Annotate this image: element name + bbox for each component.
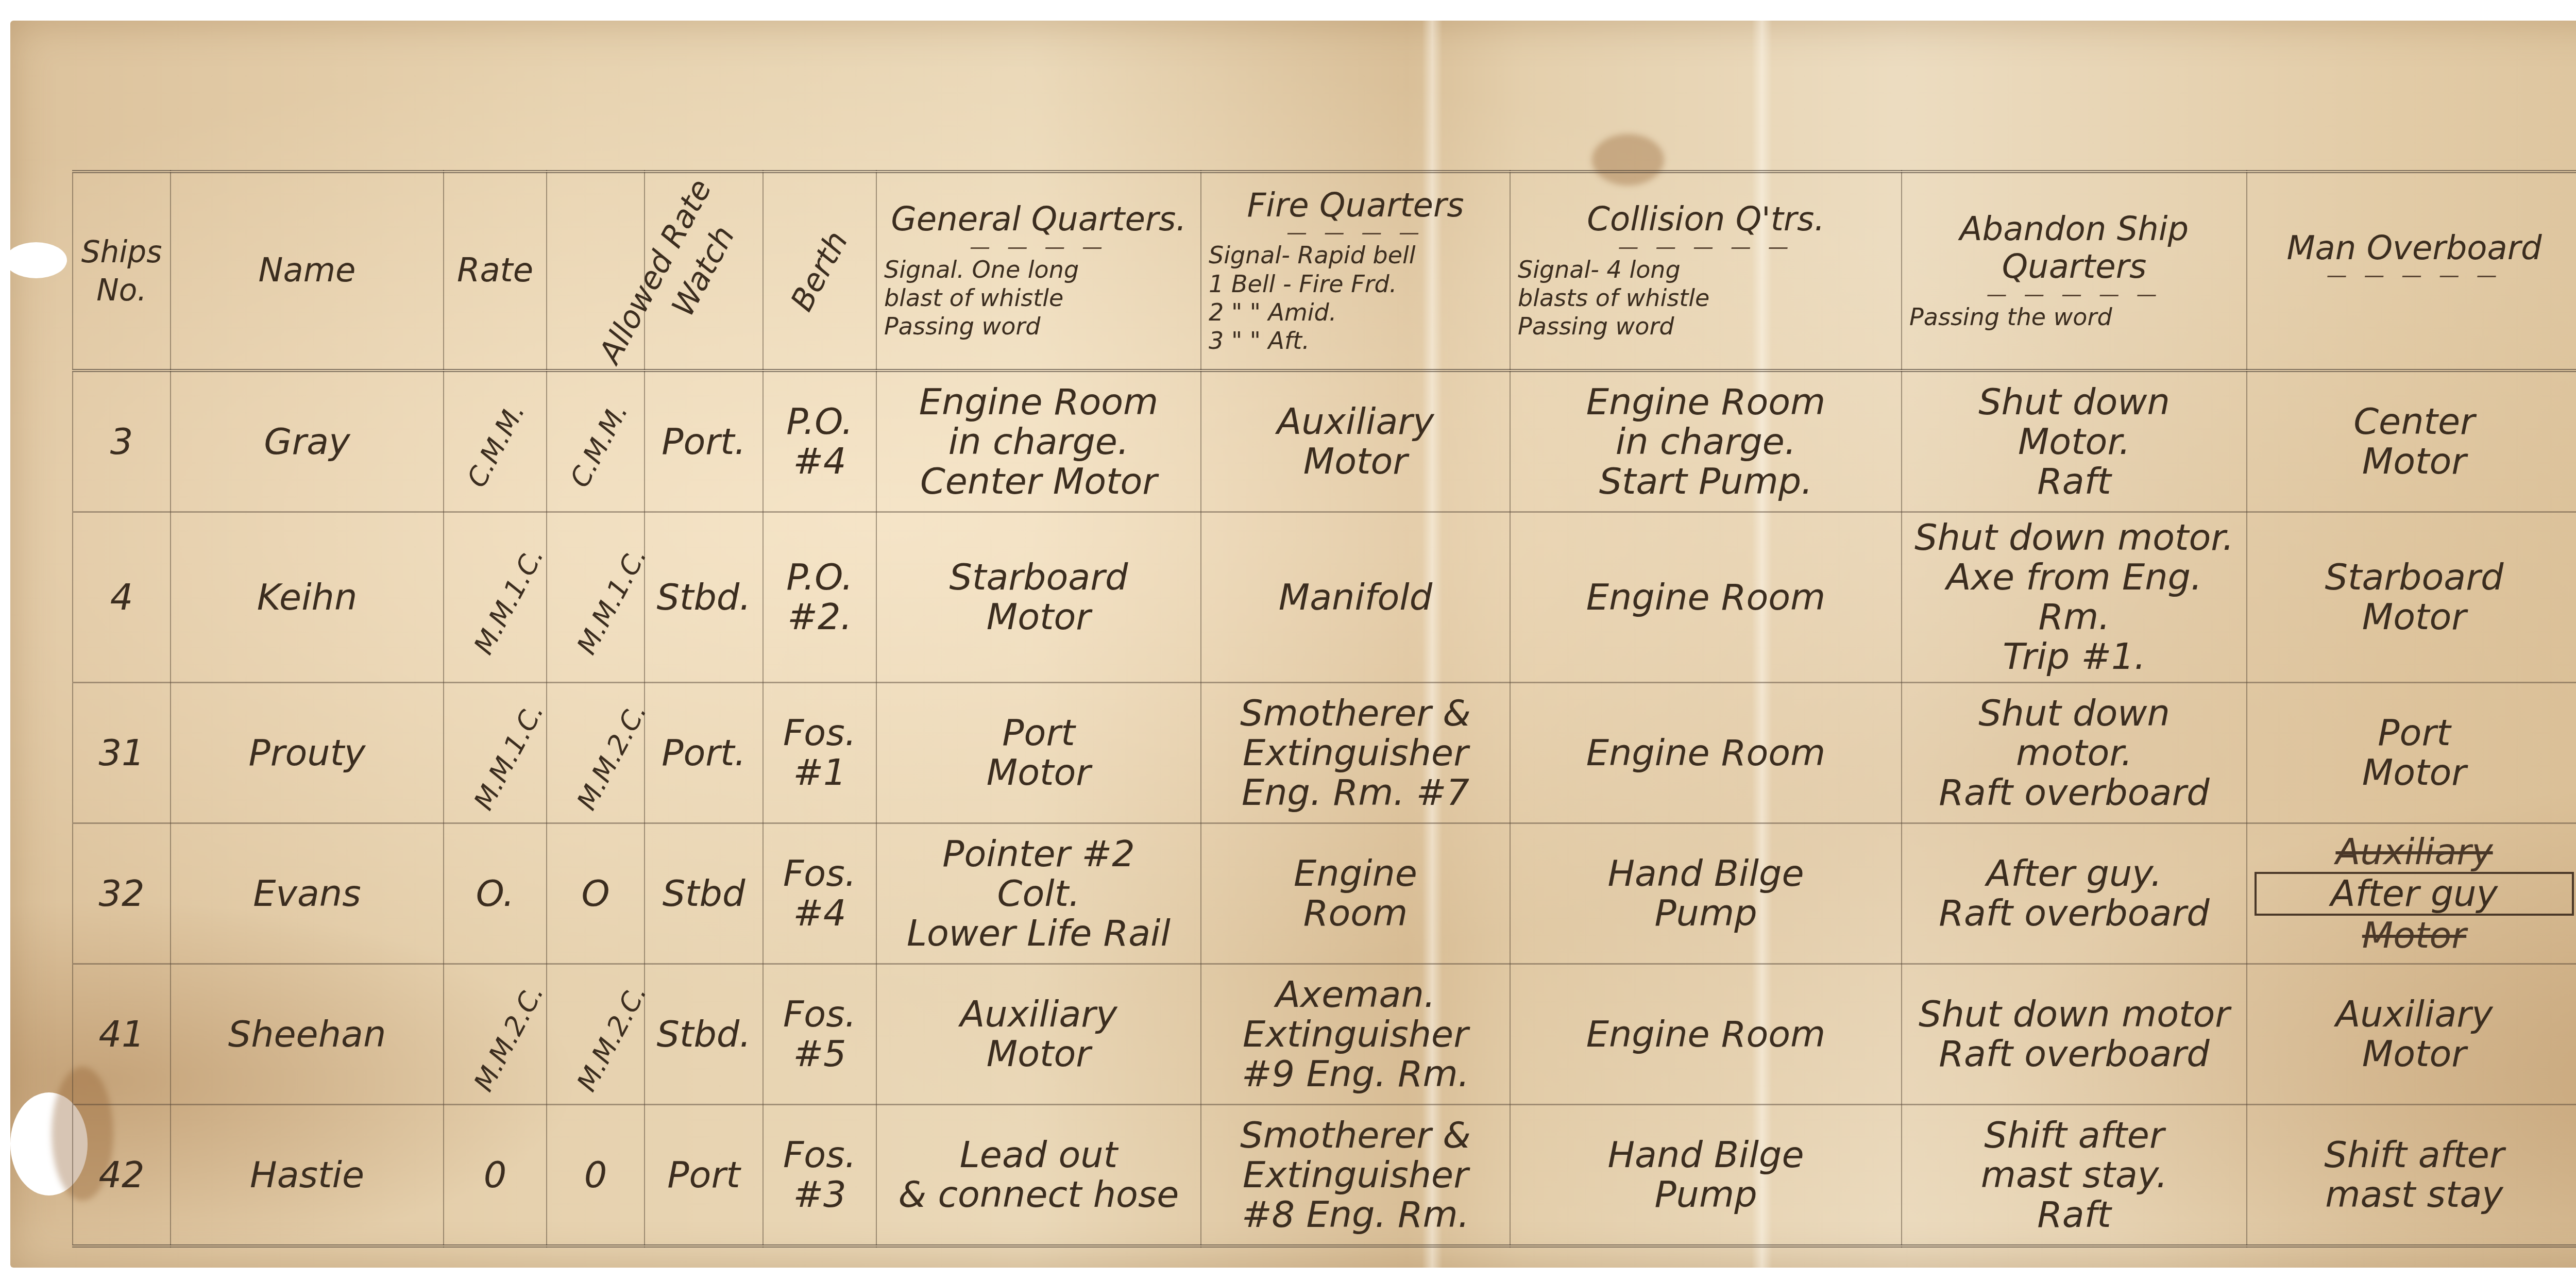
table-row: 41 Sheehan M.M.2.C. M.M.2.C. Stbd. Fos.#… <box>73 964 2576 1105</box>
cell-berth: P.O.#2. <box>763 512 876 683</box>
cell-watch: Stbd <box>645 823 763 964</box>
table-row: 32 Evans O. O Stbd Fos.#4 Pointer #2Colt… <box>73 823 2576 964</box>
cell-berth: Fos.#1 <box>763 683 876 823</box>
cell-man-overboard: StarboardMotor <box>2247 512 2576 683</box>
cell-rate: 0 <box>444 1105 547 1247</box>
boxed-correction: After guy <box>2255 872 2574 916</box>
header-rate: Rate <box>444 172 547 370</box>
cell-name: Prouty <box>171 683 444 823</box>
cell-name: Sheehan <box>171 964 444 1105</box>
cell-general-quarters: PortMotor <box>876 683 1201 823</box>
cell-man-overboard: PortMotor <box>2247 683 2576 823</box>
header-fire-quarters: Fire Quarters — — — — Signal- Rapid bell… <box>1201 172 1510 370</box>
cell-abandon-ship: Shut downmotor.Raft overboard <box>1902 683 2247 823</box>
cell-general-quarters: Pointer #2Colt.Lower Life Rail <box>876 823 1201 964</box>
cell-general-quarters: AuxiliaryMotor <box>876 964 1201 1105</box>
cell-collision-quarters: Engine Room <box>1510 512 1902 683</box>
cell-berth: P.O.#4 <box>763 370 876 512</box>
cell-allowed-rate: M.M.2.C. <box>547 683 645 823</box>
cell-collision-quarters: Hand BilgePump <box>1510 823 1902 964</box>
cell-watch: Port. <box>645 370 763 512</box>
cell-man-overboard: Shift aftermast stay <box>2247 1105 2576 1247</box>
header-man-overboard: Man Overboard — — — — — <box>2247 172 2576 370</box>
cell-name: Hastie <box>171 1105 444 1247</box>
cell-name: Evans <box>171 823 444 964</box>
cell-abandon-ship: Shut downMotor.Raft <box>1902 370 2247 512</box>
cell-allowed-rate: C.M.M. <box>547 370 645 512</box>
cell-ships-no: 4 <box>73 512 171 683</box>
cell-rate: M.M.1.C. <box>444 683 547 823</box>
station-bill-table: Ships No. Name Rate Allowed Rate Watch B… <box>72 170 2576 1248</box>
table-row: 3 Gray C.M.M. C.M.M. Port. P.O.#4 Engine… <box>73 370 2576 512</box>
cell-fire-quarters: Manifold <box>1201 512 1510 683</box>
cell-berth: Fos.#3 <box>763 1105 876 1247</box>
cell-rate: M.M.2.C. <box>444 964 547 1105</box>
cell-general-quarters: StarboardMotor <box>876 512 1201 683</box>
cell-fire-quarters: Axeman.Extinguisher#9 Eng. Rm. <box>1201 964 1510 1105</box>
cell-rate: O. <box>444 823 547 964</box>
cell-watch: Stbd. <box>645 964 763 1105</box>
cell-allowed-rate: M.M.2.C. <box>547 964 645 1105</box>
header-general-quarters: General Quarters. — — — — Signal. One lo… <box>876 172 1201 370</box>
struck-text: Auxiliary <box>2255 832 2574 872</box>
cell-ships-no: 41 <box>73 964 171 1105</box>
cell-allowed-rate: 0 <box>547 1105 645 1247</box>
cell-berth: Fos.#4 <box>763 823 876 964</box>
cell-berth: Fos.#5 <box>763 964 876 1105</box>
table-row: 31 Prouty M.M.1.C. M.M.2.C. Port. Fos.#1… <box>73 683 2576 823</box>
cell-ships-no: 42 <box>73 1105 171 1247</box>
cell-fire-quarters: Smotherer &Extinguisher#8 Eng. Rm. <box>1201 1105 1510 1247</box>
cell-name: Gray <box>171 370 444 512</box>
cell-ships-no: 31 <box>73 683 171 823</box>
header-berth: Berth <box>763 172 876 370</box>
cell-general-quarters: Lead out& connect hose <box>876 1105 1201 1247</box>
header-abandon-ship: Abandon Ship Quarters — — — — — Passing … <box>1902 172 2247 370</box>
cell-collision-quarters: Engine Room <box>1510 683 1902 823</box>
header-row: Ships No. Name Rate Allowed Rate Watch B… <box>73 172 2576 370</box>
header-allowed-rate: Allowed Rate <box>547 172 645 370</box>
cell-collision-quarters: Engine Roomin charge.Start Pump. <box>1510 370 1902 512</box>
cell-allowed-rate: M.M.1.C. <box>547 512 645 683</box>
table-row: 42 Hastie 0 0 Port Fos.#3 Lead out& conn… <box>73 1105 2576 1247</box>
cell-abandon-ship: Shift aftermast stay.Raft <box>1902 1105 2247 1247</box>
cell-name: Keihn <box>171 512 444 683</box>
cell-allowed-rate: O <box>547 823 645 964</box>
cell-rate: C.M.M. <box>444 370 547 512</box>
cell-watch: Stbd. <box>645 512 763 683</box>
header-ships-no: Ships No. <box>73 172 171 370</box>
cell-abandon-ship: Shut down motorRaft overboard <box>1902 964 2247 1105</box>
cell-fire-quarters: Smotherer &ExtinguisherEng. Rm. #7 <box>1201 683 1510 823</box>
cell-ships-no: 3 <box>73 370 171 512</box>
header-collision-quarters: Collision Q'trs. — — — — — Signal- 4 lon… <box>1510 172 1902 370</box>
cell-ships-no: 32 <box>73 823 171 964</box>
table-row: 4 Keihn M.M.1.C. M.M.1.C. Stbd. P.O.#2. … <box>73 512 2576 683</box>
cell-rate: M.M.1.C. <box>444 512 547 683</box>
cell-abandon-ship: Shut down motor.Axe from Eng. Rm.Trip #1… <box>1902 512 2247 683</box>
cell-man-overboard: AuxiliaryMotor <box>2247 964 2576 1105</box>
cell-fire-quarters: EngineRoom <box>1201 823 1510 964</box>
cell-collision-quarters: Hand BilgePump <box>1510 1105 1902 1247</box>
cell-collision-quarters: Engine Room <box>1510 964 1902 1105</box>
struck-text: Motor <box>2255 916 2574 955</box>
cell-fire-quarters: AuxiliaryMotor <box>1201 370 1510 512</box>
cell-man-overboard: Auxiliary After guy Motor <box>2247 823 2576 964</box>
cell-general-quarters: Engine Roomin charge.Center Motor <box>876 370 1201 512</box>
cell-watch: Port. <box>645 683 763 823</box>
cell-watch: Port <box>645 1105 763 1247</box>
cell-man-overboard: CenterMotor <box>2247 370 2576 512</box>
torn-hole <box>5 242 67 278</box>
cell-abandon-ship: After guy.Raft overboard <box>1902 823 2247 964</box>
header-name: Name <box>171 172 444 370</box>
